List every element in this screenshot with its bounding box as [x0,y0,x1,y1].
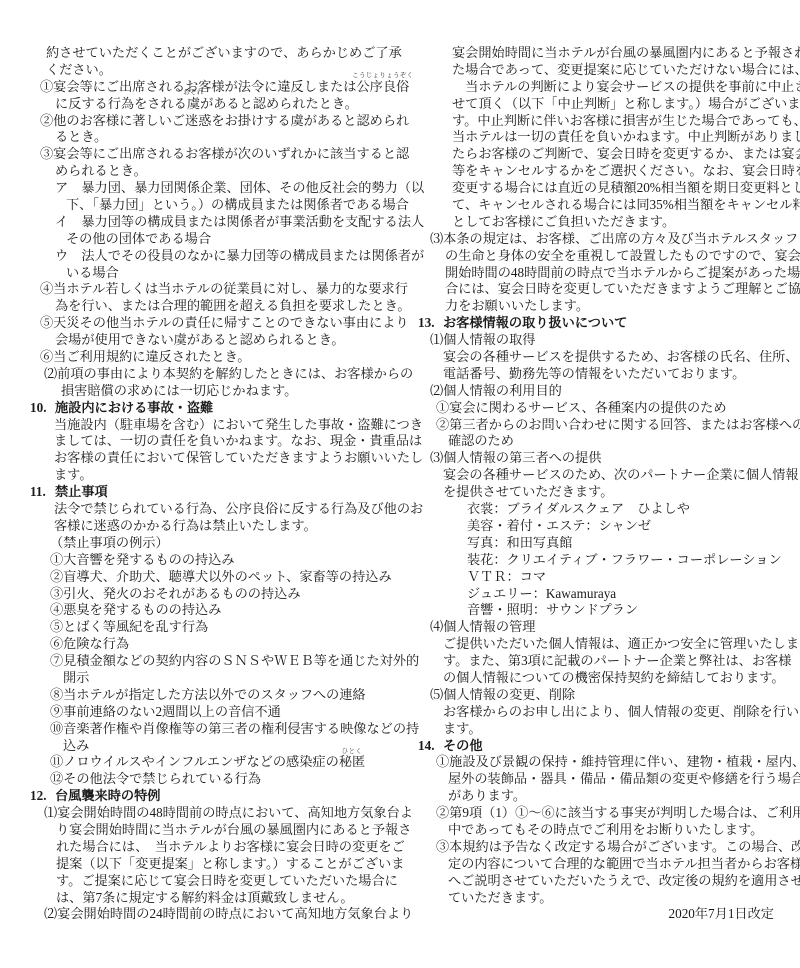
text-line: へご説明させていただいたうえで、改定後の規約を適用させ [418,873,790,890]
text-line: ⑵宴会開始時間の24時間前の時点において高知地方気象台より [30,906,402,923]
text-line: 中であってもその時点でご利用をお断りいたします。 [418,822,790,839]
section-title: 台風襲来時の特例 [55,788,161,803]
section-header: 13.お客様情報の取り扱いについて [418,315,790,332]
text-line: ②第三者からのお問い合わせに関する回答、またはお客様への [418,417,790,434]
furigana-base: 虞おそれ [187,96,200,111]
text-line: ウ 法人でその役員のなかに暴力団等の構成員または関係者が [30,248,402,265]
text-line: 定の内容について合理的な範囲で当ホテル担当者からお客様 [418,856,790,873]
text-line: れた場合には、 当ホテルよりお客様に宴会日時の変更をご [30,839,402,856]
text-line: ②盲導犬、介助犬、聴導犬以外のペット、家畜等の持込み [30,569,402,586]
text-line: 力をお願いいたします。 [418,298,790,315]
section-header: 12.台風襲来時の特例 [30,788,402,805]
furigana-reading: こうじょりょうぞく [352,73,413,80]
text-line: ましては、一切の責任を負いかねます。なお、現金・貴重品は [30,433,402,450]
text-line: ①宴会等にご出席されるお客様が法令に違反しまたは公序良俗こうじょりょうぞく [30,79,402,96]
text-line: ⑧当ホテルが指定した方法以外でのスタッフへの連絡 [30,687,402,704]
text-line: められるとき。 [30,163,402,180]
text-line: ⑤天災その他当ホテルの責任に帰すことのできない事由により [30,315,402,332]
text-line: お客様からのお申し出により、個人情報の変更、削除を行い [418,704,790,721]
text-line: ③引火、発火のおそれがあるものの持込み [30,586,402,603]
text-line: ⑪ノロウイルスやインフルエンザなどの感染症の秘匿ひとく [30,754,402,771]
text-line: ⑵個人情報の利用目的 [418,383,790,400]
text-line: 写真：和田写真館 [418,535,790,552]
text-line: 宴会開始時間に当ホテルが台風の暴風圏内にあると予報され [418,45,790,62]
furigana-reading: おそれ [183,90,203,97]
furigana-base: 公序良俗こうじょりょうぞく [357,79,410,94]
text-line: 会場が使用できない虞があると認められるとき。 [30,332,402,349]
furigana-base: 秘匿ひとく [339,754,365,769]
text-line: ⑥当ご利用規約に違反されたとき。 [30,349,402,366]
text-line: 開示 [30,670,402,687]
text-line: いる場合 [30,265,402,282]
text-line: ⑤とばく等風紀を乱す行為 [30,619,402,636]
text-line: 開始時間の48時間前の時点で当ホテルからご提案があった場 [418,265,790,282]
text-line: イ 暴力団等の構成員または関係者が事業活動を支配する法人 [30,214,402,231]
text-line: て、キャンセルされる場合には同35%相当額をキャンセル料 [418,197,790,214]
revision-date-line: 2020年7月1日改定 [418,906,790,923]
text-line: その他の団体である場合 [30,231,402,248]
text-line: の生命と身体の安全を重視して設置したものですので、宴会 [418,248,790,265]
text-line: 当ホテルは一切の責任を負いかねます。中止判断がありまし [418,129,790,146]
text-line: ＶＴＲ：コマ [418,569,790,586]
text-line: ⑥危険な行為 [30,636,402,653]
text-line: ⑩音楽著作権や肖像権等の第三者の権利侵害する映像などの持 [30,721,402,738]
text-line: ⑶本条の規定は、お客様、ご出席の方々及び当ホテルスタッフ [418,231,790,248]
section-title: お客様情報の取り扱いについて [443,315,627,330]
text-line: 為を行い、または合理的範囲を超える負担を要求したとき。 [30,298,402,315]
text-line: た場合であって、変更提案に応じていただけない場合には、 [418,62,790,79]
section-number: 13. [418,315,443,332]
text-line: は、第7条に規定する解約料金は頂戴致しません。 [30,890,402,907]
text-line: ジュエリー：Kawamuraya [418,586,790,603]
text-line: 衣裳：ブライダルスクェア ひよしや [418,501,790,518]
text-line: せて頂く（以下「中止判断」と称します。）場合がございま [418,96,790,113]
text-line: 提案（以下「変更提案」と称します。）することがございま [30,856,402,873]
text-line: るとき。 [30,129,402,146]
text-line: お客様の責任において保管していただきますようお願いいたし [30,450,402,467]
text-line: り宴会開始時間に当ホテルが台風の暴風圏内にあると予報さ [30,822,402,839]
right-column: 宴会開始時間に当ホテルが台風の暴風圏内にあると予報された場合であって、変更提案に… [418,45,790,923]
text-line: 宴会の各種サービスを提供するため、お客様の氏名、住所、 [418,349,790,366]
text-line: ⑦見積金額などの契約内容のＳＮＳやＷＥＢ等を通じた対外的 [30,653,402,670]
text-line: ⑴宴会開始時間の48時間前の時点において、高知地方気象台よ [30,805,402,822]
section-number: 12. [30,788,55,805]
text-line: ①大音響を発するものの持込み [30,552,402,569]
text-line: 当ホテルの判断により宴会サービスの提供を事前に中止さ [418,79,790,96]
text-line: す。中止判断に伴いお客様に損害が生じた場合であっても、 [418,113,790,130]
text-line: 等をキャンセルするかをご選択ください。なお、宴会日時を [418,163,790,180]
section-title: 禁止事項 [55,484,108,499]
left-column: 約させていただくことがございますので、あらかじめご了承ください。①宴会等にご出席… [30,45,402,923]
text-line: ていただきます。 [418,890,790,907]
text-line: ④当ホテル若しくは当ホテルの従業員に対し、暴力的な要求行 [30,281,402,298]
text-line: ⑨事前連絡のない2週間以上の音信不通 [30,704,402,721]
text-line: に反する行為をされる虞おそれがあると認められたとき。 [30,96,402,113]
text-line: ③宴会等にご出席されるお客様が次のいずれかに該当すると認 [30,146,402,163]
section-header: 14.その他 [418,738,790,755]
section-number: 11. [30,484,55,501]
text-line: ⑸個人情報の変更、削除 [418,687,790,704]
text-line: 確認のため [418,433,790,450]
text-line: 約させていただくことがございますので、あらかじめご了承 [30,45,402,62]
text-line: の個人情報についての機密保持契約を締結しております。 [418,670,790,687]
text-line: 下、「暴力団」という。）の構成員または関係者である場合 [30,197,402,214]
text-line: ⑴個人情報の取得 [418,332,790,349]
terms-document-page: 約させていただくことがございますので、あらかじめご了承ください。①宴会等にご出席… [0,0,800,968]
text-line: 損害賠償の求めには一切応じかねます。 [30,383,402,400]
text-line: 装花：クリエイティブ・フラワー・コーポレーション [418,552,790,569]
text-line: 合には、宴会日時を変更していただきますようご理解とご協 [418,281,790,298]
text-line: ④悪臭を発するものの持込み [30,602,402,619]
section-header: 10.施設内における事故・盗難 [30,400,402,417]
text-line: ご提供いただいた個人情報は、適正かつ安全に管理いたしま [418,636,790,653]
text-line: があります。 [418,788,790,805]
text-line: ①施設及び景観の保持・維持管理に伴い、建物・植栽・屋内、 [418,754,790,771]
text-line: ②第9項（1）①～⑥に該当する事実が判明した場合は、ご利用 [418,805,790,822]
text-line: 変更する場合には直近の見積額20%相当額を期日変更料とし [418,180,790,197]
text-line: す。ご提案に応じて宴会日時を変更していただいた場合に [30,873,402,890]
text-line: 美容・着付・エステ：シャンゼ [418,518,790,535]
text-line: す。また、第3項に記載のパートナー企業と弊社は、お客様 [418,653,790,670]
text-line: たらお客様のご判断で、宴会日時を変更するか、または宴会 [418,146,790,163]
text-line: 屋外の装飾品・器具・備品・備品類の変更や修繕を行う場合 [418,771,790,788]
text-line: 当施設内（駐車場を含む）において発生した事故・盗難につき [30,417,402,434]
text-line: ②他のお客様に著しいご迷惑をお掛けする虞があると認められ [30,113,402,130]
text-line: 客様に迷惑のかかる行為は禁止いたします。 [30,518,402,535]
text-line: としてお客様にご負担いただきます。 [418,214,790,231]
text-line: ⑶個人情報の第三者への提供 [418,450,790,467]
section-number: 14. [418,738,443,755]
text-line: を提供させていただきます。 [418,484,790,501]
text-line: ます。 [30,467,402,484]
text-line: （禁止事項の例示） [30,535,402,552]
section-number: 10. [30,400,55,417]
text-line: 宴会の各種サービスのため、次のパートナー企業に個人情報 [418,467,790,484]
text-line: ⑵前項の事由により本契約を解約したときには、お客様からの [30,366,402,383]
section-header: 11.禁止事項 [30,484,402,501]
text-line: ①宴会に関わるサービス、各種案内の提供のため [418,400,790,417]
furigana-reading: ひとく [342,749,362,756]
text-line: 電話番号、勤務先等の情報をいただいております。 [418,366,790,383]
text-line: 法令で禁じられている行為、公序良俗に反する行為及び他のお [30,501,402,518]
text-line: ⑷個人情報の管理 [418,619,790,636]
text-line: ③本規約は予告なく改定する場合がございます。この場合、改 [418,839,790,856]
text-line: ます。 [418,721,790,738]
text-line: ください。 [30,62,402,79]
text-line: 音響・照明：サウンドプラン [418,602,790,619]
text-line: ア 暴力団、暴力団関係企業、団体、その他反社会的勢力（以 [30,180,402,197]
text-line: ⑫その他法令で禁じられている行為 [30,771,402,788]
section-title: その他 [443,738,483,753]
section-title: 施設内における事故・盗難 [55,400,213,415]
